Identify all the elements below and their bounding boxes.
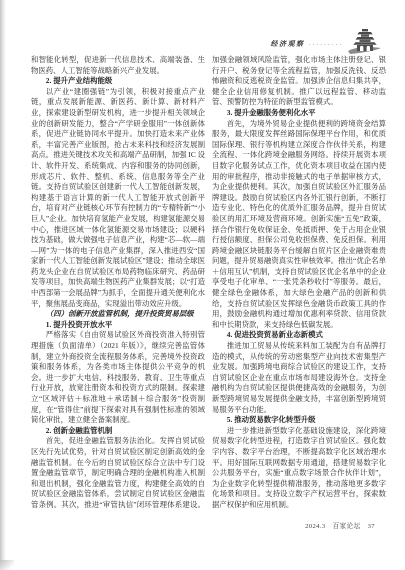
paragraph-digital-trade: 进一步推进新型数字化基础设施建设，深化跨境贸易数字化转型进程，打造数字自贸试验区… [212,426,386,511]
heading-digital-trade: 5. 推动贸易数字化转型升级 [212,415,386,426]
dotted-divider: ········· [309,41,343,55]
heading-industry-structure: 2. 提升产业结构能级 [31,76,205,87]
scan-corner-shadow [0,560,14,570]
heading-finance-regulation: 2. 创新金融监管机制 [31,426,205,437]
paragraph-investment: 严格落实《自由贸易试验区外商投资准入特别管理措施（负面清单）（2021 年版）》… [31,330,205,425]
paragraph-finance-service: 首先，为境外贸易企业提供便利的跨境资金结算服务，最大限度发挥丝路国际保理平台作用… [212,119,386,331]
journal-name: 百家论坛 [333,520,361,530]
paragraph-new-trade-modes: 推进加工贸易从传统来料加工装配为自有品牌打造的模式，从传统的劳动密集型产业向技术… [212,341,386,415]
heading-finance-service: 3. 提升金融服务便利化水平 [212,108,386,119]
heading-section-four: （四）创新开放监管机制，提升投资贸易层级 [31,309,205,320]
paragraph-industry: 以产业“建圈强链”为引领，积极对接重点产业链，重点发展新能源、新医药、新计算、新… [31,87,205,309]
issue-date: 2024.3 [305,523,326,530]
page-number: 37 [368,523,375,530]
scan-page-edge [0,0,6,570]
heading-investment-open: 1. 提升投资开放水平 [31,320,205,331]
paragraph-continued: 和智能化转型，促进新一代信息技术、高端装备、生物医药、人工智能等战略新兴产业发展… [31,55,205,76]
column-header: 经济观察 ········· [271,27,383,55]
article-body: 和智能化转型，促进新一代信息技术、高端装备、生物医药、人工智能等战略新兴产业发展… [31,55,386,515]
pavilion-tower-icon [347,27,383,55]
page-footer: 2024.3 百家论坛 37 [305,520,375,530]
heading-new-trade-modes: 4. 促进投资贸易新业态新模式 [212,330,386,341]
column-label: 经济观察 [271,39,305,55]
